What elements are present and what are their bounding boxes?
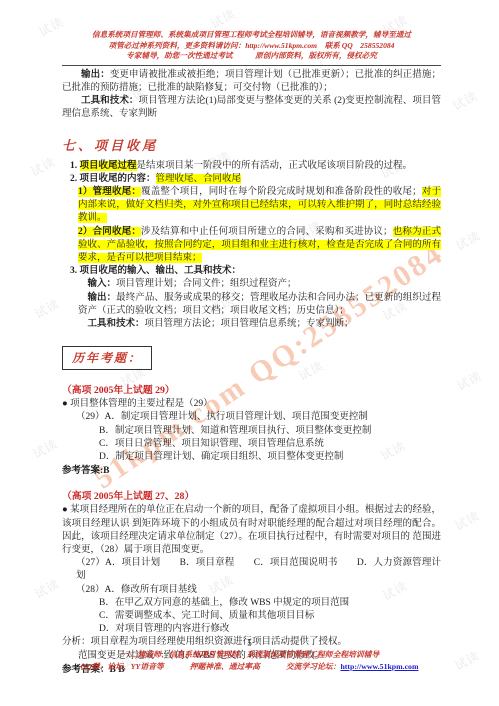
question2-option-28a: （28）A．修改所有项目基线 [62,584,441,597]
item3-label: 项目收尾的输入、输出、工具和技术： [80,266,242,276]
question1-option-b: B．制定项目管理计划、知道和管理项目执行、项目整体变更控制 [62,425,441,438]
sub1-text: 覆盖整个项目，同时在每个阶段完成时规划和准备阶段性的收尾； [141,187,422,197]
question1-stem: ● 项目整体管理的主要过程是（29） [62,398,441,411]
footer-forum-link[interactable]: http://www.51kpm.com [340,662,418,671]
bullet-icon: ● [62,399,68,409]
past-questions-box: 历年考题： [62,346,152,370]
output-label: 输出： [88,293,117,303]
item2-label: 项目收尾的内容： [80,174,156,184]
trial-watermark: 试读 [32,575,63,602]
header-line2-contact: 联系 QQ 258552084 [317,41,394,50]
closing-sub-1: 1）管理收尾：覆盖整个项目，同时在每个阶段完成时规划和准备阶段性的收尾；对于内部… [62,186,441,226]
input-text: 项目管理计划；合同文件；组织过程资产； [116,279,297,289]
question2-option-28d: D．对项目管理的内容进行修改 [62,623,441,636]
question2-option-28b: B．在甲乙双方同意的基础上，修改 WBS 中规定的项目范围 [62,597,441,610]
outputs-text: 变更申请被批准或被拒绝；项目管理计划（已批准更新）；已批准的纠正措施；已批准的预… [62,70,441,93]
tools2-label: 工具和技术： [88,319,145,329]
page-number: 5 [0,637,499,649]
question1-source: （高项 2005年上试题 29） [62,384,441,398]
section-title: 七、项目收尾 [62,135,441,154]
tools-label: 工具和技术： [81,96,138,106]
question1-option-c: C．项目日常管理、项目知识管理、项目管理信息系统 [62,438,441,451]
trial-watermark: 试读 [450,87,481,114]
question2-text: 某项目经理所在的单位正在启动一个新的项目，配备了虚拟项目小组。根据过去的经验，该… [62,505,441,555]
item3-number: 3. [70,266,80,276]
trial-watermark: 试读 [452,507,483,534]
question1-answer: 参考答案:B [62,465,441,478]
tools2-text: 项目管理方法论；项目管理信息系统；专家判断； [145,319,354,329]
item2-highlight: 管理收尾、合同收尾 [156,174,242,184]
question1-text: 项目整体管理的主要过程是（29） [70,399,213,409]
footer-slogan: 押题神准、通过率高 [190,662,260,671]
closing-input-line: 输入：项目管理计划；合同文件；组织过程资产； [62,278,441,291]
header-line3: 专家辅导，助您一次性通过考试 原创内部资料，版权所有，侵权必究 [62,51,441,62]
header-divider [62,65,441,66]
trial-watermark: 试读 [454,367,485,394]
trial-watermark: 试读 [28,153,59,180]
closing-tools-line: 工具和技术：项目管理方法论；项目管理信息系统；专家判断； [62,318,441,331]
input-label: 输入： [88,279,117,289]
trial-watermark: 试读 [30,435,61,462]
header-line2-text: 项管必过神系列资料，更多资料请访问： [109,41,246,50]
question1-option-a: （29）A．制定项目管理计划、执行项目管理计划、项目范围变更控制 [62,411,441,424]
item1-term: 项目收尾过程 [80,161,137,171]
tools-paragraph: 工具和技术：项目管理方法论(1)局部变更与整体变更的关系 (2)变更控制流程、项… [62,95,441,121]
item2-number: 2. [70,174,80,184]
sub1-label: 1）管理收尾： [78,187,141,197]
closing-output-line: 输出：最终产品、服务或成果的移交；管理收尾办法和合同办法；已更新的组织过程资产（… [62,292,441,318]
closing-item-2: 2. 项目收尾的内容：管理收尾、合同收尾 [62,173,441,186]
question2-source: （高项 2005年上试题 27、28） [62,490,441,504]
closing-item-1: 1. 项目收尾过程是结束项目某一阶段中的所有活动，正式收尾该项目阶段的过程。 [62,160,441,173]
footer-forum-label: 交流学习论坛： [286,662,341,671]
item1-number: 1. [70,161,80,171]
page-header: 信息系统项目管理师、系统集成项目管理工程师考试全程培训辅导，语音视频教学，辅导至… [62,30,441,62]
footer-line2: QQ群、论坛、YY语音等押题神准、通过率高交流学习论坛：http://www.5… [0,661,499,673]
document-page: 试读 试读 试读 试读 试读 试读 试读 试读 试读 试读 试读 试读 试读 试… [0,0,499,706]
trial-watermark: 试读 [208,5,239,32]
header-line2: 项管必过神系列资料，更多资料请访问：http://www.51kpm.com 联… [62,41,441,52]
item1-text: 是结束项目某一阶段中的所有活动，正式收尾该项目阶段的过程。 [137,161,413,171]
question2-options-27: （27）A．项目计划 B．项目章程 C．项目范围说明书 D．人力资源管理计划 [62,557,441,583]
question1-option-d: D．制定项目管理计划、确定项目组织、项目整体变更控制 [62,451,441,464]
header-url-link[interactable]: http://www.51kpm.com [245,41,317,50]
sub2-label: 2）合同收尾： [78,227,141,237]
closing-sub-2: 2）合同收尾：涉及结算和中止任何项目所建立的合同、采购和买进协议；也称为正式验收… [62,226,441,266]
bullet-icon: ● [62,505,68,515]
sub2-text: 涉及结算和中止任何项目所建立的合同、采购和买进协议； [141,227,393,237]
output-text: 最终产品、服务或成果的移交；管理收尾办法和合同办法；已更新的组织过程资产（正式的… [78,293,441,316]
trial-watermark: 试读 [453,227,484,254]
question2-stem: ● 某项目经理所在的单位正在启动一个新的项目，配备了虚拟项目小组。根据过去的经验… [62,504,441,557]
question2-option-28c: C．需要调整成本、完工时间、质量和其他项目目标 [62,610,441,623]
header-line1: 信息系统项目管理师、系统集成项目管理工程师考试全程培训辅导，语音视频教学，辅导至… [62,30,441,41]
outputs-label: 输出： [81,70,110,80]
outputs-paragraph: 输出：变更申请被批准或被拒绝；项目管理计划（已批准更新）；已批准的纠正措施；已批… [62,69,441,95]
trial-watermark: 试读 [32,295,63,322]
footer-line1: 一/二建造师、信息系统项目管理师、系统集成项目管理工程师全程培训辅导 [0,649,499,661]
closing-item-3: 3. 项目收尾的输入、输出、工具和技术： [62,265,441,278]
footer-community: QQ群、论坛、YY语音等 [81,662,164,671]
page-footer: 5 一/二建造师、信息系统项目管理师、系统集成项目管理工程师全程培训辅导 QQ群… [0,637,499,672]
